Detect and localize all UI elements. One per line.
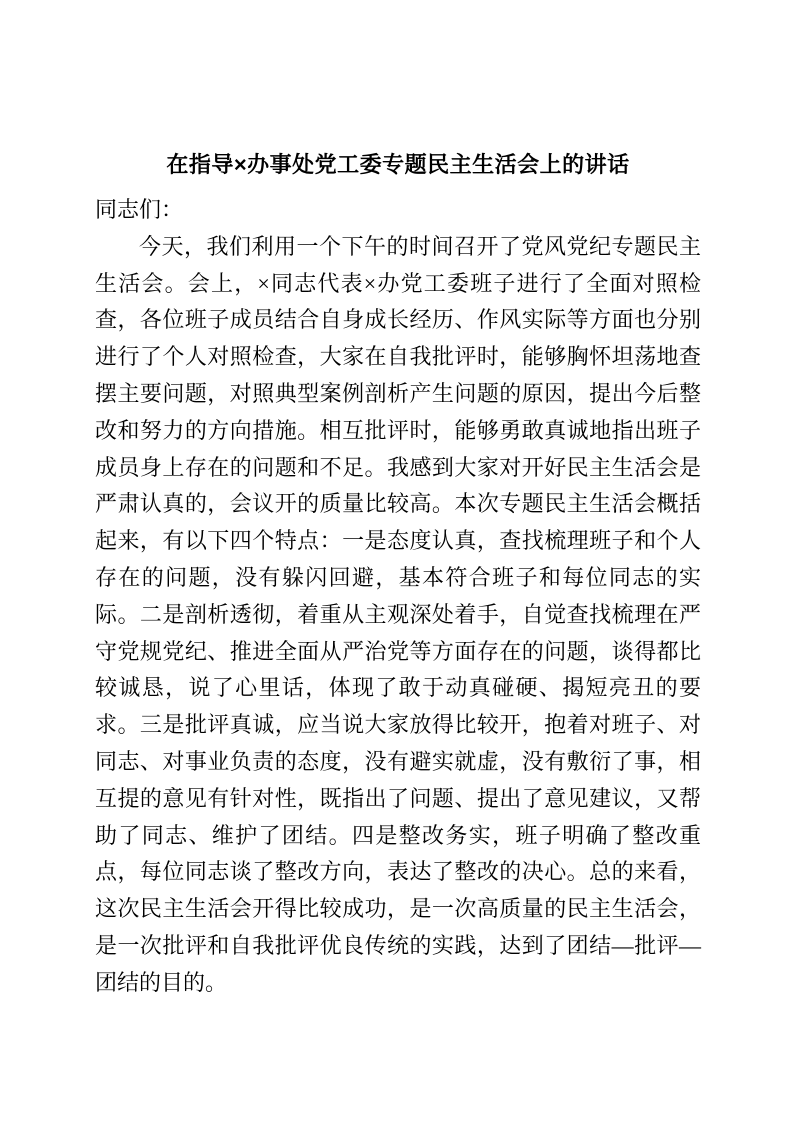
- document-page: 在指导×办事处党工委专题民主生活会上的讲话 同志们： 今天，我们利用一个下午的时…: [0, 0, 793, 1122]
- salutation-line: 同志们：: [95, 192, 701, 229]
- document-body: 同志们： 今天，我们利用一个下午的时间召开了党风党纪专题民主生活会。会上，×同志…: [95, 192, 701, 1002]
- document-title: 在指导×办事处党工委专题民主生活会上的讲话: [95, 150, 701, 180]
- body-paragraph: 今天，我们利用一个下午的时间召开了党风党纪专题民主生活会。会上，×同志代表×办党…: [95, 229, 701, 1002]
